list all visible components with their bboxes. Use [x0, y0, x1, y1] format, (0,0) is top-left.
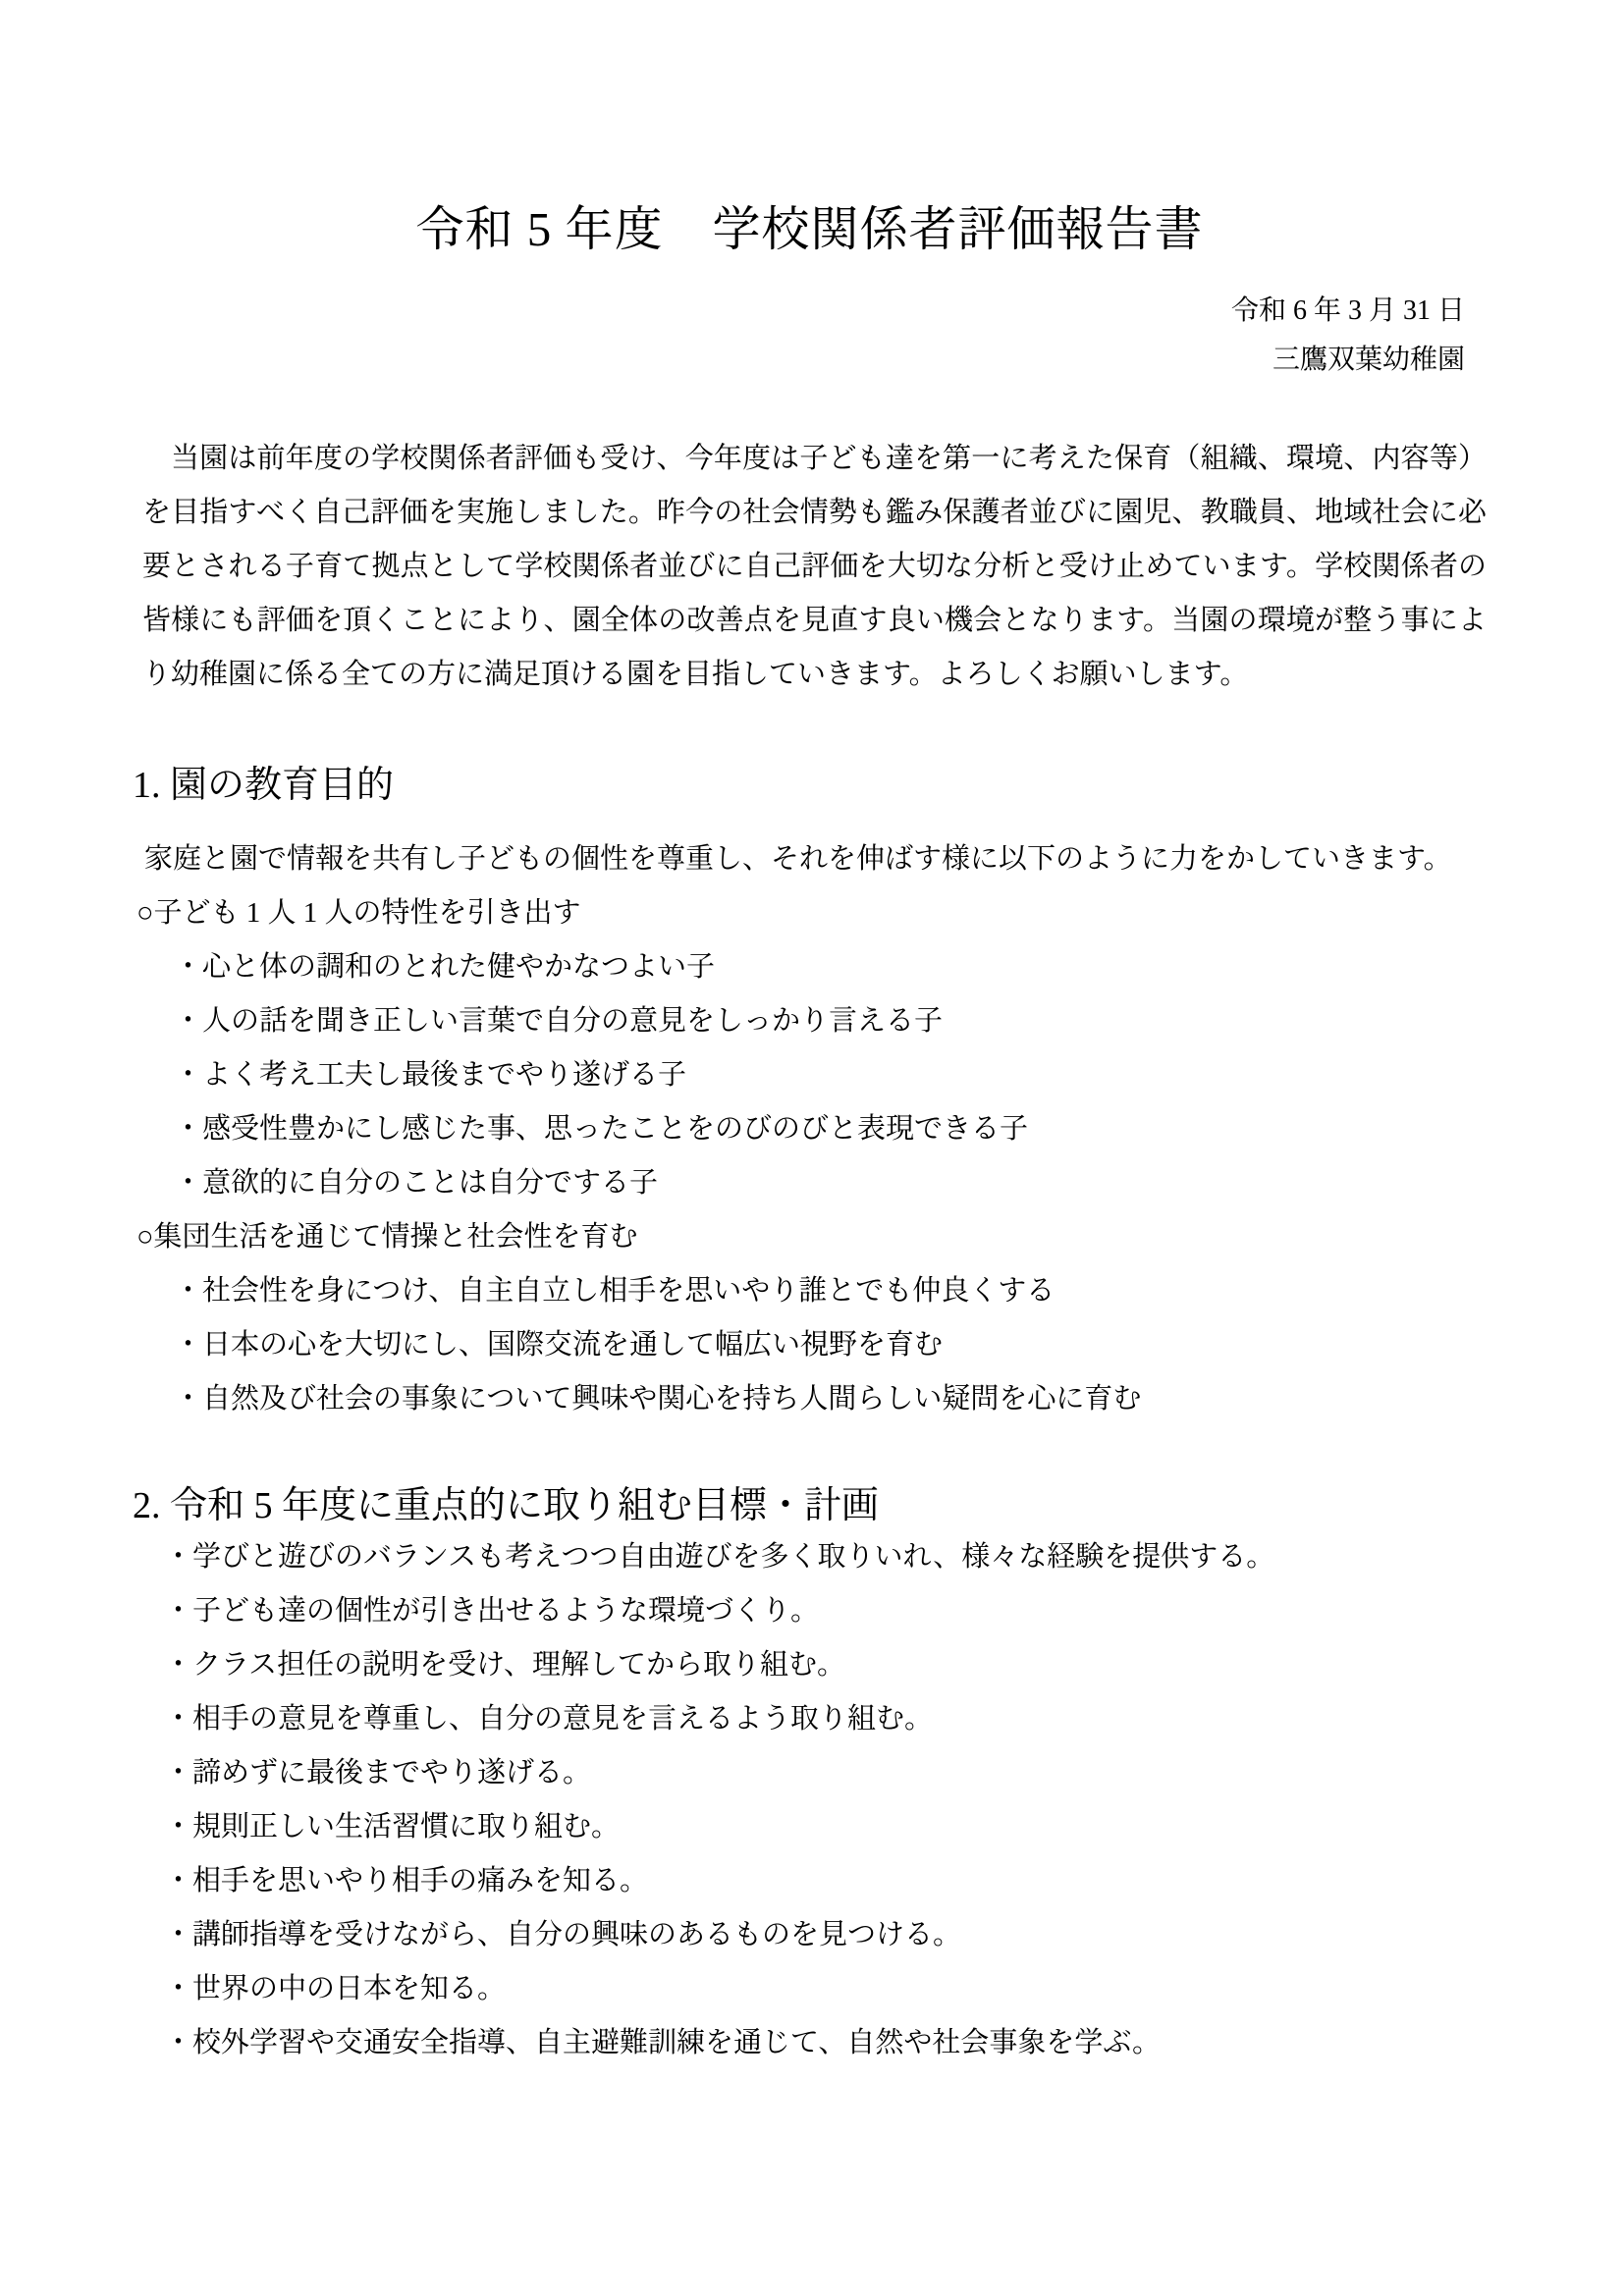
document-date: 令和 6 年 3 月 31 日 [133, 287, 1465, 336]
goal-group1-items: ・心と体の調和のとれた健やかなつよい子 ・人の話を聞き正しい言葉で自分の意見をし… [133, 940, 1487, 1210]
list-item: ・よく考え工夫し最後までやり遂げる子 [174, 1048, 1487, 1102]
section1-lead: 家庭と園で情報を共有し子どもの個性を尊重し、それを伸ばす様に以下のように力をかし… [144, 832, 1487, 886]
list-item: ・日本の心を大切にし、国際交流を通して幅広い視野を育む [174, 1318, 1487, 1372]
document-meta: 令和 6 年 3 月 31 日 三鷹双葉幼稚園 [133, 287, 1487, 385]
list-item: ・意欲的に自分のことは自分でする子 [174, 1156, 1487, 1210]
section2: 2. 令和 5 年度に重点的に取り組む目標・計画 ・学びと遊びのバランスも考えつ… [133, 1483, 1487, 2070]
goal-group-label: ○集団生活を通じて情操と社会性を育む [136, 1210, 1487, 1264]
list-item: ・心と体の調和のとれた健やかなつよい子 [174, 940, 1487, 994]
list-item: ・クラス担任の説明を受け、理解してから取り組む。 [164, 1638, 1487, 1692]
list-item: ・相手の意見を尊重し、自分の意見を言えるよう取り組む。 [164, 1692, 1487, 1746]
goal-group-label: ○子ども 1 人 1 人の特性を引き出す [136, 886, 1487, 940]
document-title: 令和 5 年度 学校関係者評価報告書 [133, 201, 1487, 259]
section2-heading: 2. 令和 5 年度に重点的に取り組む目標・計画 [133, 1483, 1487, 1530]
list-item: ・人の話を聞き正しい言葉で自分の意見をしっかり言える子 [174, 994, 1487, 1048]
section1-goals: ○子ども 1 人 1 人の特性を引き出す [133, 886, 1487, 940]
list-item: ・規則正しい生活習慣に取り組む。 [164, 1800, 1487, 1854]
list-item: ・諦めずに最後までやり遂げる。 [164, 1746, 1487, 1800]
goal-group2-items: ・社会性を身につけ、自主自立し相手を思いやり誰とでも仲良くする ・日本の心を大切… [133, 1264, 1487, 1426]
list-item: ・世界の中の日本を知る。 [164, 1962, 1487, 2016]
organization-name: 三鷹双葉幼稚園 [133, 336, 1465, 385]
section2-items: ・学びと遊びのバランスも考えつつ自由遊びを多く取りいれ、様々な経験を提供する。 … [133, 1530, 1487, 2070]
section1-goals-2: ○集団生活を通じて情操と社会性を育む [133, 1210, 1487, 1264]
section1-heading: 1. 園の教育目的 [133, 763, 1487, 810]
list-item: ・自然及び社会の事象について興味や関心を持ち人間らしい疑問を心に育む [174, 1372, 1487, 1426]
list-item: ・感受性豊かにし感じた事、思ったことをのびのびと表現できる子 [174, 1102, 1487, 1156]
list-item: ・学びと遊びのバランスも考えつつ自由遊びを多く取りいれ、様々な経験を提供する。 [164, 1530, 1487, 1584]
list-item: ・校外学習や交通安全指導、自主避難訓練を通じて、自然や社会事象を学ぶ。 [164, 2016, 1487, 2070]
document-page: 令和 5 年度 学校関係者評価報告書 令和 6 年 3 月 31 日 三鷹双葉幼… [0, 0, 1624, 2296]
intro-paragraph: 当園は前年度の学校関係者評価も受け、今年度は子ども達を第一に考えた保育（組織、環… [142, 432, 1487, 702]
list-item: ・講師指導を受けながら、自分の興味のあるものを見つける。 [164, 1908, 1487, 1962]
list-item: ・子ども達の個性が引き出せるような環境づくり。 [164, 1584, 1487, 1638]
list-item: ・相手を思いやり相手の痛みを知る。 [164, 1854, 1487, 1908]
list-item: ・社会性を身につけ、自主自立し相手を思いやり誰とでも仲良くする [174, 1264, 1487, 1318]
